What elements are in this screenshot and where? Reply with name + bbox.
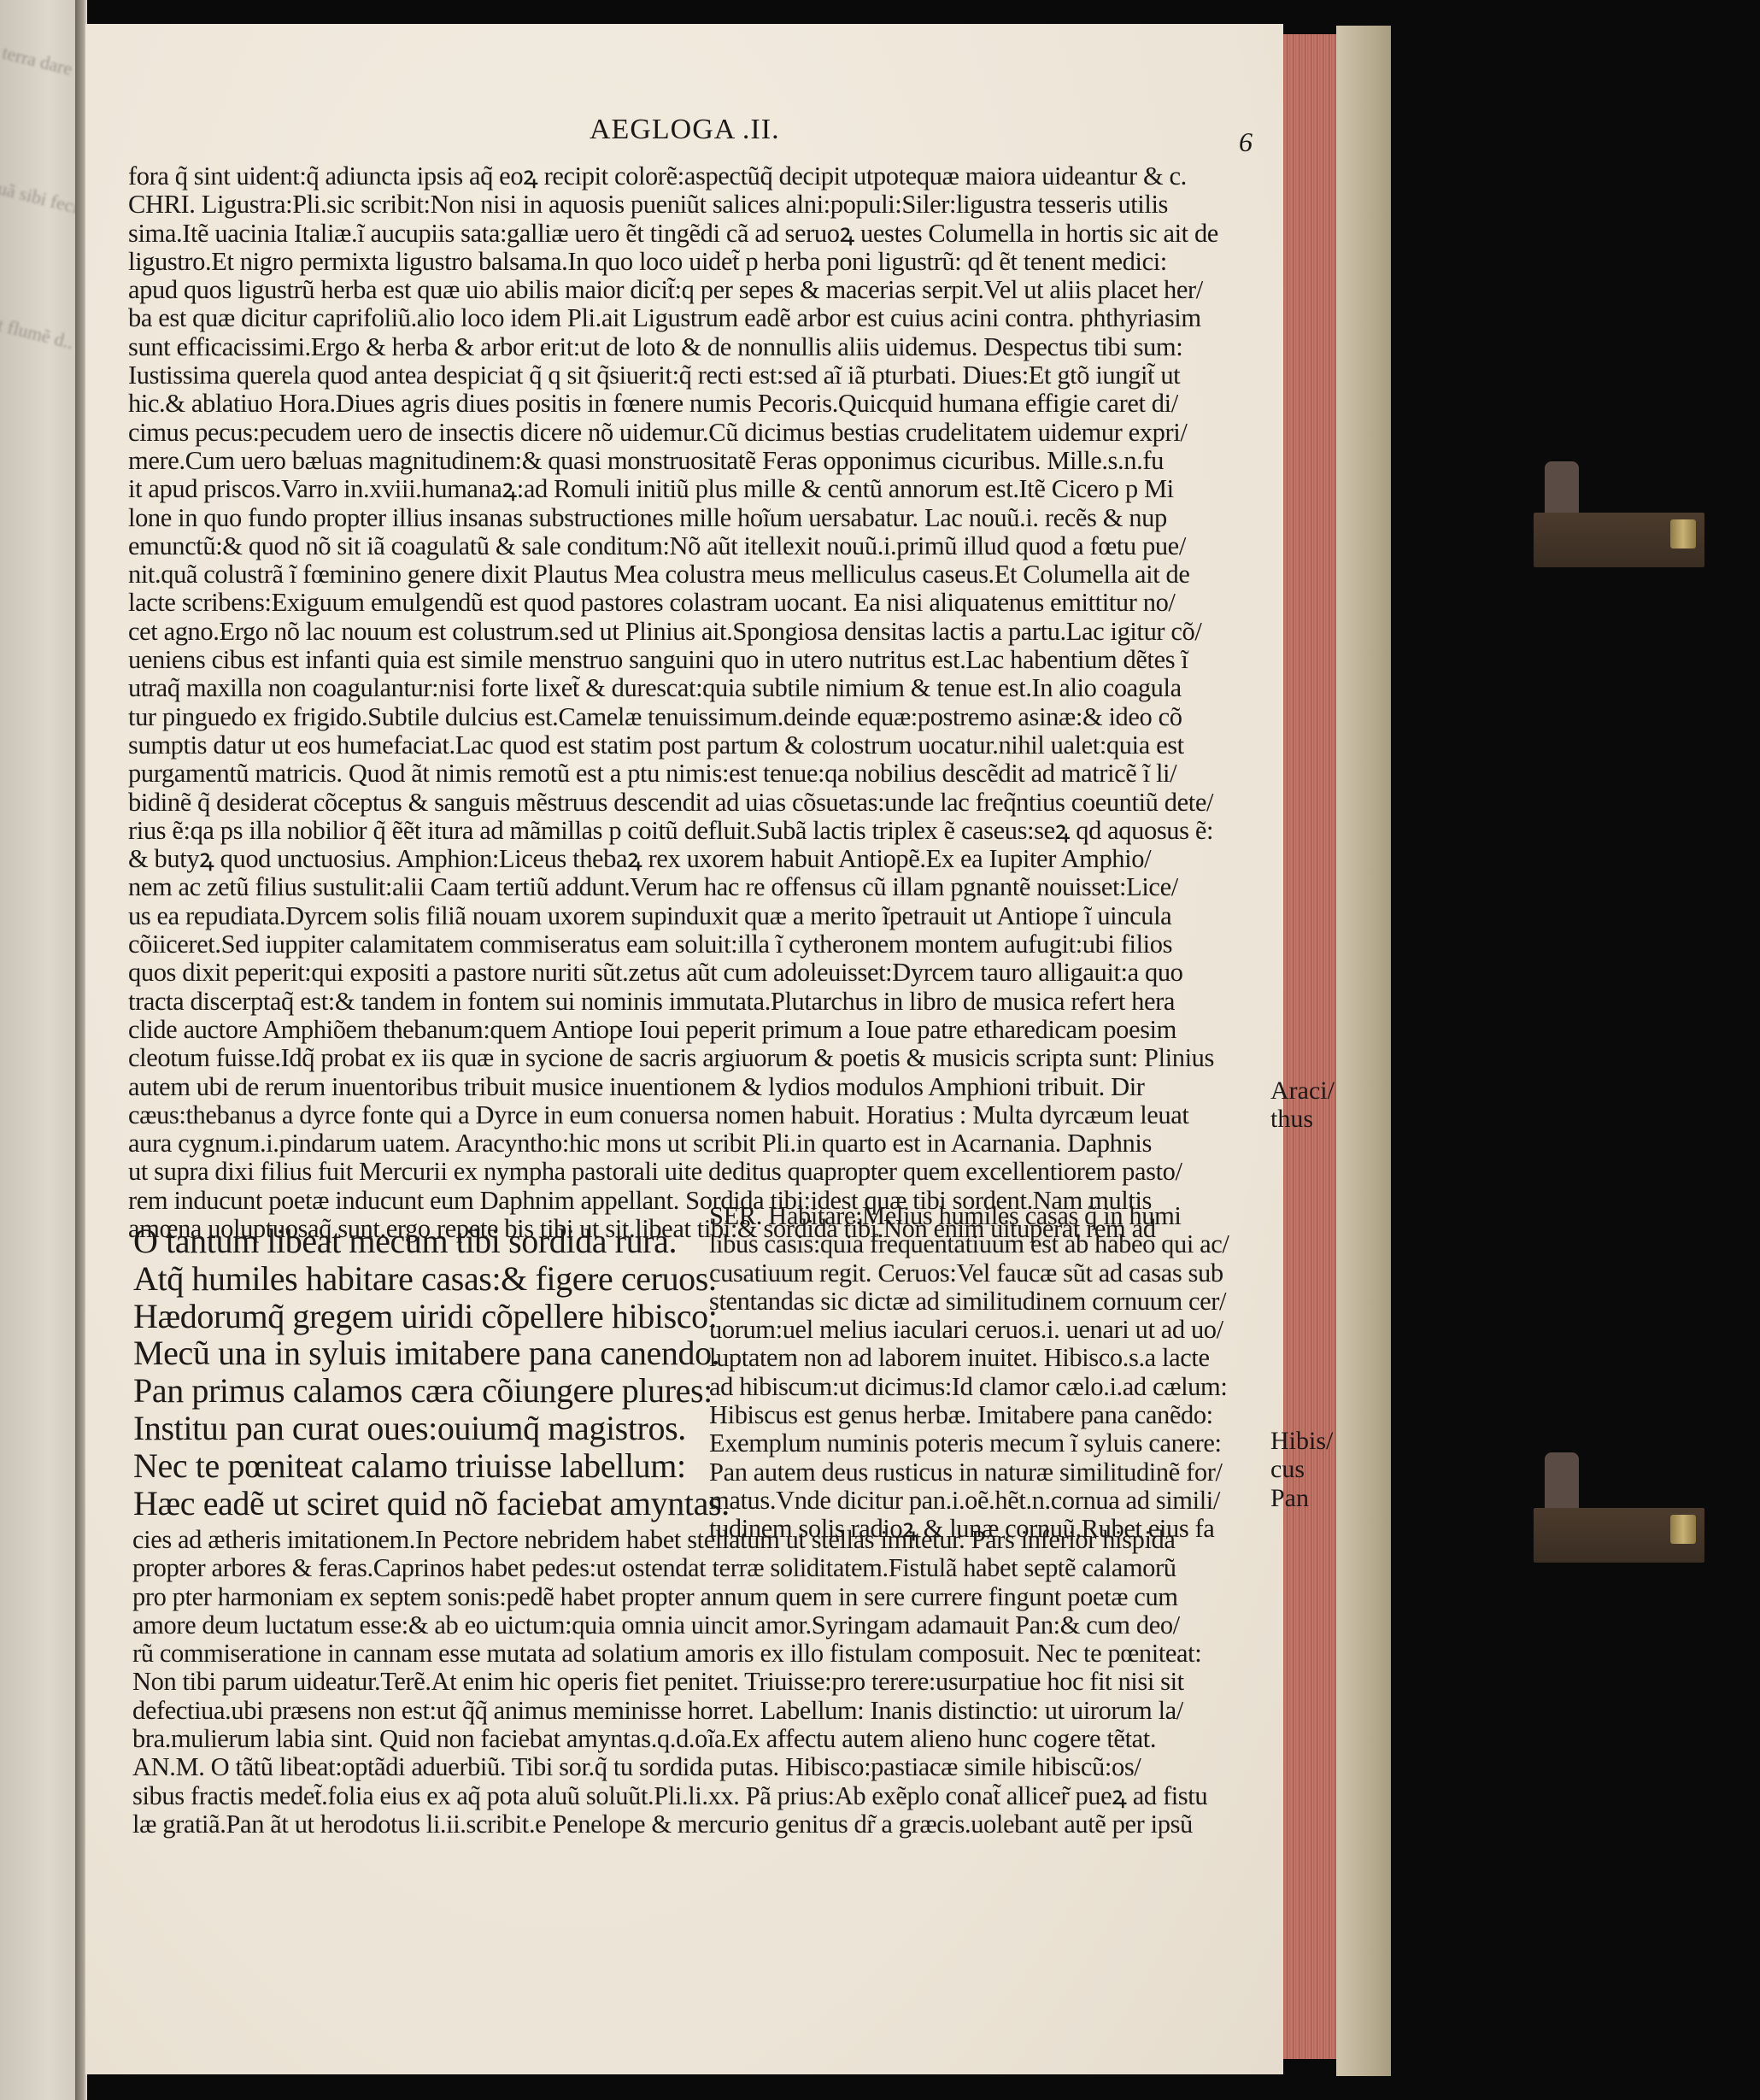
text-line: ligustro.Et nigro permixta ligustro bals… xyxy=(128,248,1218,276)
red-fore-edge xyxy=(1283,34,1336,2059)
facing-left-page: ..ũ terra dare uentura.. ..quã sibi feci… xyxy=(0,0,82,2100)
text-line: purgamentũ matricis. Quod ãt nimis remot… xyxy=(128,760,1218,788)
verse-line: Pan primus calamos cæra cõiungere plures… xyxy=(133,1372,730,1410)
text-line: luptatem non ad laborem inuitet. Hibisco… xyxy=(709,1344,1229,1372)
text-line: apud quos ligustrũ herba est quæ uio abi… xyxy=(128,276,1218,304)
text-line: cet agno.Ergo nõ lac nouum est colustrum… xyxy=(128,618,1218,646)
side-commentary-block: SER. Habitare:Melius humiles casas q̃ in… xyxy=(709,1202,1229,1544)
lower-clasp xyxy=(1534,1508,1704,1563)
verse-line: Instituı pan curat oues:ouiumq̃ magistro… xyxy=(133,1410,730,1447)
text-line: CHRI. Ligustra:Pli.sic scribit:Non nisi … xyxy=(128,191,1218,219)
verse-line: Hæc eadẽ ut sciret quid nõ faciebat amyn… xyxy=(133,1485,730,1522)
text-line: cæus:thebanus a dyrce fonte qui a Dyrce … xyxy=(128,1101,1218,1129)
text-line: sibus fractis medet̃.folia eius ex aq̃ p… xyxy=(132,1782,1207,1810)
lower-commentary-block: cies ad ætheris imitationem.In Pectore n… xyxy=(132,1526,1207,1839)
text-line: us ea repudiata.Dyrcem solis filiã nouam… xyxy=(128,902,1218,930)
left-page-bleed-text: ..quã sibi fecit dabit.. xyxy=(0,171,74,219)
text-line: SER. Habitare:Melius humiles casas q̃ in… xyxy=(709,1202,1229,1230)
text-line: cimus pecus:pecudem uero de insectis dic… xyxy=(128,419,1218,447)
text-line: clide auctore Amphiõem thebanum:quem Ant… xyxy=(128,1016,1218,1044)
upper-clasp xyxy=(1534,513,1704,567)
vellum-binding-board xyxy=(1336,26,1391,2076)
text-line: Non tibi parum uideatur.Terẽ.At enim hic… xyxy=(132,1668,1207,1696)
text-line: ueniens cibus est infanti quia est simil… xyxy=(128,646,1218,674)
text-line: cleotum fuisse.Idq̃ probat ex iis quæ in… xyxy=(128,1044,1218,1072)
text-line: lone in quo fundo propter illius insanas… xyxy=(128,504,1218,532)
text-line: matus.Vnde dicitur pan.i.oẽ.hẽt.n.cornua… xyxy=(709,1487,1229,1515)
text-line: emunctũ:& quod nõ sit iã coagulatũ & sal… xyxy=(128,532,1218,560)
text-line: sima.Itẽ uacinia Italiæ.ĩ aucupiis sata:… xyxy=(128,220,1218,248)
text-line: cõiiceret.Sed iuppiter calamitatem commi… xyxy=(128,930,1218,959)
text-line: propter arbores & feras.Caprinos habet p… xyxy=(132,1554,1207,1582)
text-line: bidinẽ q̃ desiderat cõceptus & sanguis m… xyxy=(128,789,1218,817)
brass-clasp-fitting xyxy=(1670,519,1696,548)
text-line: læ gratiã.Pan ãt ut herodotus li.ii.scri… xyxy=(132,1810,1207,1839)
text-line: Iustissima querela quod antea despiciat … xyxy=(128,361,1218,390)
text-line: nem ac zetũ filius sustulit:alii Caam te… xyxy=(128,873,1218,901)
left-page-bleed-text: ..ut flumẽ d.. xyxy=(0,308,74,355)
text-line: sunt efficacissimi.Ergo & herba & arbor … xyxy=(128,333,1218,361)
text-line: sumptis datur ut eos humefaciat.Lac quod… xyxy=(128,731,1218,760)
text-line: it apud priscos.Varro in.xviii.humanaꝝ:a… xyxy=(128,475,1218,503)
text-line: Exemplum numinis poteris mecum ĩ syluis … xyxy=(709,1429,1229,1458)
text-line: hic.& ablatiuo Hora.Diues agris diues po… xyxy=(128,390,1218,418)
text-line: mere.Cum uero bæluas magnitudinem:& quas… xyxy=(128,447,1218,475)
text-line: ba est quæ dicitur caprifoliũ.alio loco … xyxy=(128,304,1218,332)
marginal-note: Pan xyxy=(1270,1484,1309,1512)
text-line: aura cygnum.i.pindarum uatem. Aracyntho:… xyxy=(128,1129,1218,1158)
text-line: cies ad ætheris imitationem.In Pectore n… xyxy=(132,1526,1207,1554)
text-line: & butyꝝ quod unctuosius. Amphion:Liceus … xyxy=(128,845,1218,873)
text-line: Hibiscus est genus herbæ. Imitabere pana… xyxy=(709,1401,1229,1429)
text-line: fora q̃ sint uident:q̃ adiuncta ipsis aq… xyxy=(128,162,1218,191)
text-line: rũ commiseratione in cannam esse mutata … xyxy=(132,1640,1207,1668)
text-line: lacte scribens:Exiguum emulgendũ est quo… xyxy=(128,589,1218,617)
verse-line: Nec te pœniteat calamo triuisse labellum… xyxy=(133,1447,730,1485)
commentary-block: fora q̃ sint uident:q̃ adiuncta ipsis aq… xyxy=(128,162,1218,1243)
text-line: utraq̃ maxilla non coagulantur:nisi fort… xyxy=(128,674,1218,702)
text-line: stentandas sic dictæ ad similitudinem co… xyxy=(709,1288,1229,1316)
text-line: rius ẽ:qa ps illa nobilior q̃ ẽẽt itura … xyxy=(128,817,1218,845)
text-line: amore deum luctatum esse:& ab eo uictum:… xyxy=(132,1611,1207,1640)
text-line: defectiua.ubi præsens non est:ut q̃q̃ an… xyxy=(132,1697,1207,1725)
marginal-note: Hibis/ xyxy=(1270,1427,1333,1455)
text-line: AN.M. O tãtũ libeat:optãdi aduerbiũ. Tib… xyxy=(132,1753,1207,1781)
text-line: tur pinguedo ex frigido.Subtile dulcius … xyxy=(128,703,1218,731)
marginal-note: cus xyxy=(1270,1455,1305,1483)
marginal-note: Araci/ xyxy=(1270,1076,1335,1105)
text-line: tracta discerptaq̃ est:& tandem in fonte… xyxy=(128,988,1218,1016)
marginal-note: thus xyxy=(1270,1105,1313,1133)
text-line: libus casis:quia frequentatiuum est ab h… xyxy=(709,1230,1229,1258)
text-line: cusatiuum regit. Ceruos:Vel faucæ sũt ad… xyxy=(709,1259,1229,1288)
verse-line: Hædorumq̃ gregem uiridi cõpellere hibisc… xyxy=(133,1298,730,1335)
text-line: uorum:uel melius iaculari ceruos.i. uena… xyxy=(709,1316,1229,1344)
text-line: ut supra dixi filius fuit Mercurii ex ny… xyxy=(128,1158,1218,1186)
verse-line: Atq̃ humiles habitare casas:& figere cer… xyxy=(133,1260,730,1298)
running-head: AEGLOGA .II. xyxy=(590,114,780,146)
text-line: ad hibiscum:ut dicimus:Id clamor cælo.i.… xyxy=(709,1373,1229,1401)
text-line: Pan autem deus rusticus in naturæ simili… xyxy=(709,1458,1229,1487)
left-page-bleed-text: ..ũ terra dare uentura.. xyxy=(0,34,74,82)
folio-number: 6 xyxy=(1239,126,1253,158)
verse-line: O tantum libeat mecum tibi sordida rura. xyxy=(133,1223,730,1260)
brass-clasp-fitting xyxy=(1670,1515,1696,1544)
text-line: quos dixit peperit:qui expositi a pastor… xyxy=(128,959,1218,987)
text-line: bra.mulierum labia sint. Quid non facieb… xyxy=(132,1725,1207,1753)
verse-line: Mecũ una in syluis imitabere pana canend… xyxy=(133,1334,730,1372)
text-line: autem ubi de rerum inuentoribus tribuit … xyxy=(128,1073,1218,1101)
verse-block: O tantum libeat mecum tibi sordida rura.… xyxy=(133,1223,730,1522)
text-line: nit.quã colustrã ĩ fœminino genere dixit… xyxy=(128,560,1218,589)
text-line: pro pter harmoniam ex septem sonis:pedẽ … xyxy=(132,1583,1207,1611)
